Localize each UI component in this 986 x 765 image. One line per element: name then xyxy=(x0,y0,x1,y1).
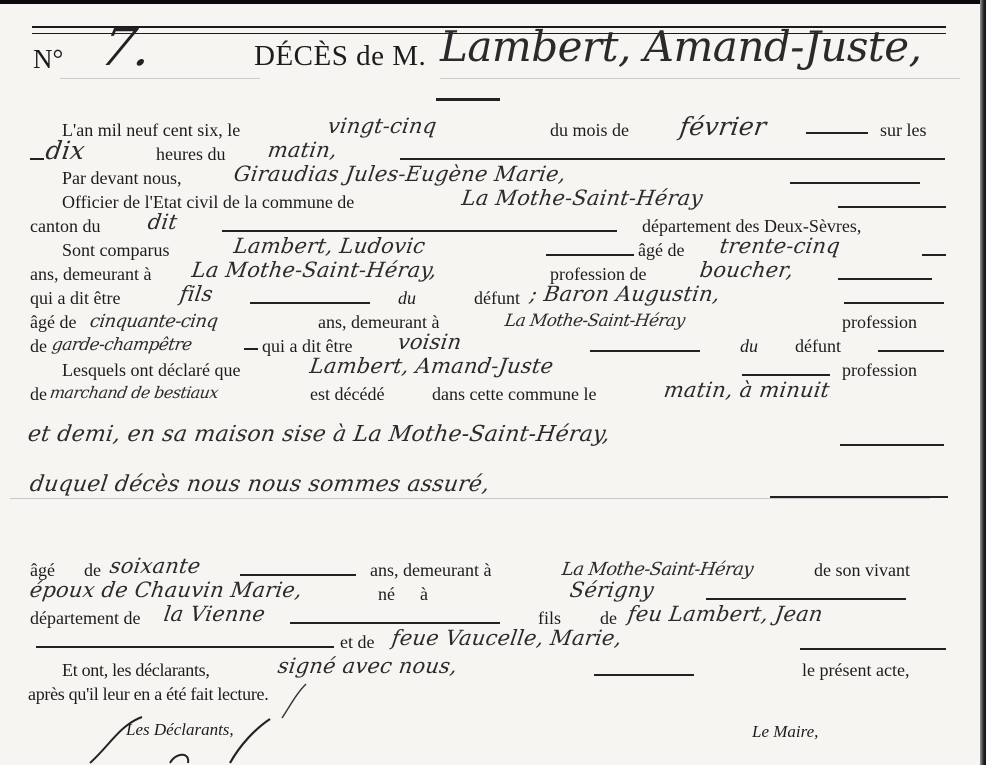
signature-slash xyxy=(272,680,322,720)
second-declarant-name-handwritten: ; Baron Augustin, xyxy=(528,282,721,306)
text: du xyxy=(398,288,416,309)
fill-dash xyxy=(594,674,694,676)
text: Et ont, les déclarants, xyxy=(62,660,210,681)
day-handwritten: vingt-cinq xyxy=(326,114,438,138)
text: ans, demeurant à xyxy=(30,264,151,285)
line-declared: Lesquels ont déclaré que Lambert, Amand-… xyxy=(0,360,986,384)
second-declarant-residence-handwritten: La Mothe-Saint-Héray xyxy=(504,311,686,331)
text: département de xyxy=(30,608,140,629)
text: profession xyxy=(842,312,917,333)
line-age-2: âgé de cinquante-cinq ans, demeurant à L… xyxy=(0,312,986,336)
text: Officier de l'Etat civil de la commune d… xyxy=(62,192,354,213)
text: de xyxy=(30,384,47,405)
text: sur les xyxy=(880,120,927,141)
line-spouse: époux de Chauvin Marie, né à Sérigny xyxy=(0,584,986,608)
line-commune: Officier de l'Etat civil de la commune d… xyxy=(0,192,986,216)
fill-dash xyxy=(840,444,944,446)
line-relation: qui a dit être fils du défunt ; Baron Au… xyxy=(0,288,986,312)
text: canton du xyxy=(30,216,100,237)
text: du mois de xyxy=(550,120,629,141)
deceased-age-handwritten: soixante xyxy=(108,554,202,578)
guide-line xyxy=(60,78,260,79)
birthplace-handwritten: Sérigny xyxy=(568,578,655,602)
text: après qu'il leur en a été fait lecture. xyxy=(28,684,268,705)
signed-handwritten: signé avec nous, xyxy=(276,654,459,678)
assurance-handwritten: duquel décès nous nous sommes assuré, xyxy=(28,472,491,497)
birth-department-handwritten: la Vienne xyxy=(162,602,267,626)
fill-dash xyxy=(922,254,946,256)
text: dans cette commune le xyxy=(432,384,596,405)
deceased-name: Lambert, Amand-Juste, xyxy=(440,22,922,71)
line-date: L'an mil neuf cent six, le vingt-cinq du… xyxy=(0,120,986,144)
relation-handwritten: fils xyxy=(178,282,214,306)
deceased-name-handwritten: Lambert, Amand-Juste xyxy=(308,354,555,378)
line-mother: et de feue Vaucelle, Marie, xyxy=(0,632,986,656)
text: Sont comparus xyxy=(62,240,170,261)
text: de son vivant xyxy=(814,560,910,581)
fill-dash xyxy=(222,230,617,232)
canton-handwritten: dit xyxy=(146,210,179,234)
fill-dash xyxy=(800,648,946,650)
declarant-residence-handwritten: La Mothe-Saint-Héray, xyxy=(190,258,438,282)
fill-dash xyxy=(806,132,868,134)
text: du xyxy=(740,336,758,357)
spouse-handwritten: époux de Chauvin Marie, xyxy=(28,578,303,602)
fill-dash xyxy=(790,182,920,184)
text: Lesquels ont déclaré que xyxy=(62,360,240,381)
fill-dash xyxy=(240,574,356,576)
text: heures du xyxy=(156,144,225,165)
text: âgé de xyxy=(30,312,76,333)
fill-dash xyxy=(546,254,634,256)
mother-name-handwritten: feue Vaucelle, Marie, xyxy=(390,626,623,650)
fill-dash xyxy=(838,278,932,280)
text: Par devant nous, xyxy=(62,168,181,189)
line-reading: après qu'il leur en a été fait lecture. xyxy=(0,684,986,708)
text: né xyxy=(378,584,395,605)
signature-stroke xyxy=(80,715,340,765)
fill-dash xyxy=(770,496,948,498)
guide-line xyxy=(10,498,930,499)
document-title: DÉCÈS de M. xyxy=(254,40,426,73)
hour-handwritten: dix xyxy=(44,136,87,165)
period-handwritten: matin, xyxy=(266,138,338,162)
line-signed: Et ont, les déclarants, signé avec nous,… xyxy=(0,660,986,684)
line-assured: duquel décès nous nous sommes assuré, xyxy=(0,478,986,508)
text: âgé de xyxy=(638,240,684,261)
second-relation-handwritten: voisin xyxy=(396,330,463,354)
fill-dash xyxy=(878,350,944,352)
month-handwritten: février xyxy=(678,112,768,141)
fill-dash xyxy=(838,206,946,208)
text: et de xyxy=(340,632,374,653)
second-declarant-profession-handwritten: garde-champêtre xyxy=(51,335,193,355)
text: profession xyxy=(842,360,917,381)
text: qui a dit être xyxy=(30,288,120,309)
second-declarant-age-handwritten: cinquante-cinq xyxy=(89,311,219,332)
text: ans, demeurant à xyxy=(370,560,491,581)
deceased-profession-handwritten: marchand de bestiaux xyxy=(49,383,220,402)
text: le présent acte, xyxy=(802,660,909,681)
fill-dash xyxy=(250,302,370,304)
line-comparant: Sont comparus Lambert, Ludovic âgé de tr… xyxy=(0,240,986,264)
fill-dash xyxy=(30,158,44,160)
fill-dash xyxy=(244,348,258,350)
line-place: et demi, en sa maison sise à La Mothe-Sa… xyxy=(0,428,986,458)
declarant-name-handwritten: Lambert, Ludovic xyxy=(232,234,427,258)
number-label: N° xyxy=(33,44,63,75)
fill-dash xyxy=(844,302,944,304)
declarant-age-handwritten: trente-cinq xyxy=(718,234,841,258)
father-name-handwritten: feu Lambert, Jean xyxy=(626,602,824,626)
line-death: de marchand de bestiaux est décédé dans … xyxy=(0,384,986,408)
death-place-handwritten: et demi, en sa maison sise à La Mothe-Sa… xyxy=(26,422,611,447)
title-underline xyxy=(436,98,500,101)
death-time-handwritten: matin, à minuit xyxy=(662,378,831,402)
fill-dash xyxy=(290,622,500,624)
text: défunt xyxy=(795,336,841,357)
mayor-signature-label: Le Maire, xyxy=(752,722,818,742)
officer-name-handwritten: Giraudias Jules-Eugène Marie, xyxy=(232,162,567,186)
line-residence: ans, demeurant à La Mothe-Saint-Héray, p… xyxy=(0,264,986,288)
fill-dash xyxy=(742,374,830,376)
text: à xyxy=(420,584,428,605)
fill-dash xyxy=(400,158,945,160)
commune-handwritten: La Mothe-Saint-Héray xyxy=(460,186,704,210)
declarant-profession-handwritten: boucher, xyxy=(698,258,795,282)
fill-dash xyxy=(590,350,700,352)
text: défunt xyxy=(474,288,520,309)
scan-top-edge xyxy=(0,0,986,4)
guide-line xyxy=(440,78,960,79)
text: L'an mil neuf cent six, le xyxy=(62,120,240,141)
fill-dash xyxy=(706,598,906,600)
text: de xyxy=(30,336,47,357)
fill-dash xyxy=(36,646,334,648)
deceased-residence-handwritten: La Mothe-Saint-Héray xyxy=(561,559,755,580)
text: est décédé xyxy=(310,384,384,405)
